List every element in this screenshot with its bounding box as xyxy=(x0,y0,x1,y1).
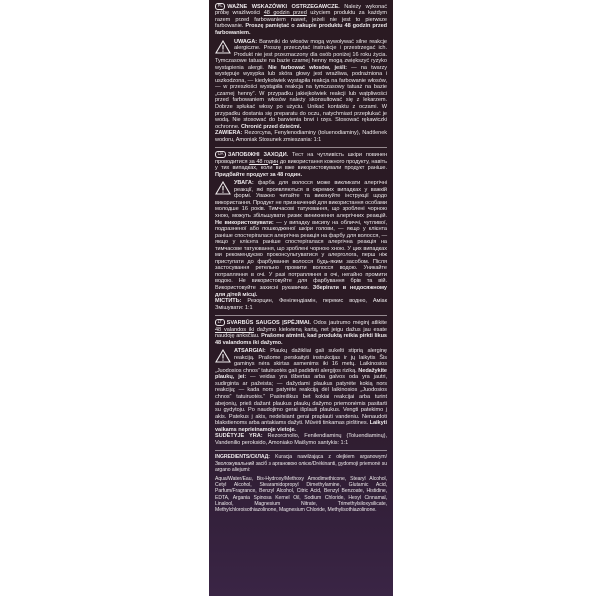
section-pl: PLWAŻNE WSKAZÓWKI OSTRZEGAWCZE. Należy w… xyxy=(215,3,387,143)
pl-warning-label: UWAGA: xyxy=(234,39,257,45)
warning-triangle-icon xyxy=(215,349,231,363)
ua-warning-label: УВАГА: xyxy=(234,180,254,186)
ua-contains-label: МІСТИТЬ: xyxy=(215,298,241,304)
divider xyxy=(215,147,387,148)
divider xyxy=(215,450,387,451)
warning-triangle-icon xyxy=(215,40,231,54)
ua-contains: Резорцин, Фенілендіамін, перекис водню, … xyxy=(215,298,387,311)
lang-badge-ua: UA xyxy=(215,151,226,158)
pl-title: WAŻNE WSKAZÓWKI OSTRZEGAWCZE. xyxy=(227,4,339,10)
lt-intro: Odos jautrumo mėginį atlikite xyxy=(311,320,387,326)
warning-triangle-icon xyxy=(215,181,231,195)
section-ua: UAЗАПОБІЖНІ ЗАХОДИ. Тест на чутливість ш… xyxy=(215,151,387,311)
lang-badge-lt: LT xyxy=(215,319,225,326)
pl-warning-bold: Nie farbować włosów, jeśli: xyxy=(268,65,347,71)
section-ingredients: INGREDIENTS/СКЛАД: Kuracja nawilżająca z… xyxy=(215,454,387,513)
pl-intro-underline: 48 godzin przed xyxy=(264,10,307,16)
ua-warning-text-2: — у випадку висипу на обличчі, чутливої,… xyxy=(215,220,387,291)
pl-warning-text-2: — na twarzy występuje wysypka lub skóra … xyxy=(215,65,387,130)
divider xyxy=(215,315,387,316)
lt-contains-label: SUDĖTYJE YRA: xyxy=(215,433,263,439)
lang-badge-pl: PL xyxy=(215,3,225,10)
pl-warning-bold-2: Chronić przed dziećmi. xyxy=(241,124,301,130)
ingredients-list: Aqua/Water/Eau, Bis-Hydroxy/Methoxy Amod… xyxy=(215,476,387,513)
ua-intro-bold: Придбайте продукт за 48 годин. xyxy=(215,172,302,178)
ua-intro-underline: за 48 годин xyxy=(249,159,278,165)
ingredients-label: INGREDIENTS/СКЛАД: xyxy=(215,454,270,460)
lt-warning-text-2: — veidas yra išbertas arba galvos oda yr… xyxy=(215,374,387,426)
lt-title: SVARBŪS SAUGOS ĮSPĖJIMAI. xyxy=(227,320,311,326)
ua-warning-text: фарба для волосся може викликати алергіч… xyxy=(215,180,387,219)
product-label-panel: PLWAŻNE WSKAZÓWKI OSTRZEGAWCZE. Należy w… xyxy=(209,0,393,596)
pl-contains-label: ZAWIERA: xyxy=(215,130,242,136)
lt-warning-label: ATSARGIAI: xyxy=(234,348,266,354)
ua-warning-bold: Не використовувати: xyxy=(215,220,274,226)
lt-intro-underline: 48 valandos iki xyxy=(215,327,254,333)
ua-title: ЗАПОБІЖНІ ЗАХОДИ. xyxy=(228,152,288,158)
section-lt: LTSVARBŪS SAUGOS ĮSPĖJIMAI. Odos jautrum… xyxy=(215,319,387,446)
